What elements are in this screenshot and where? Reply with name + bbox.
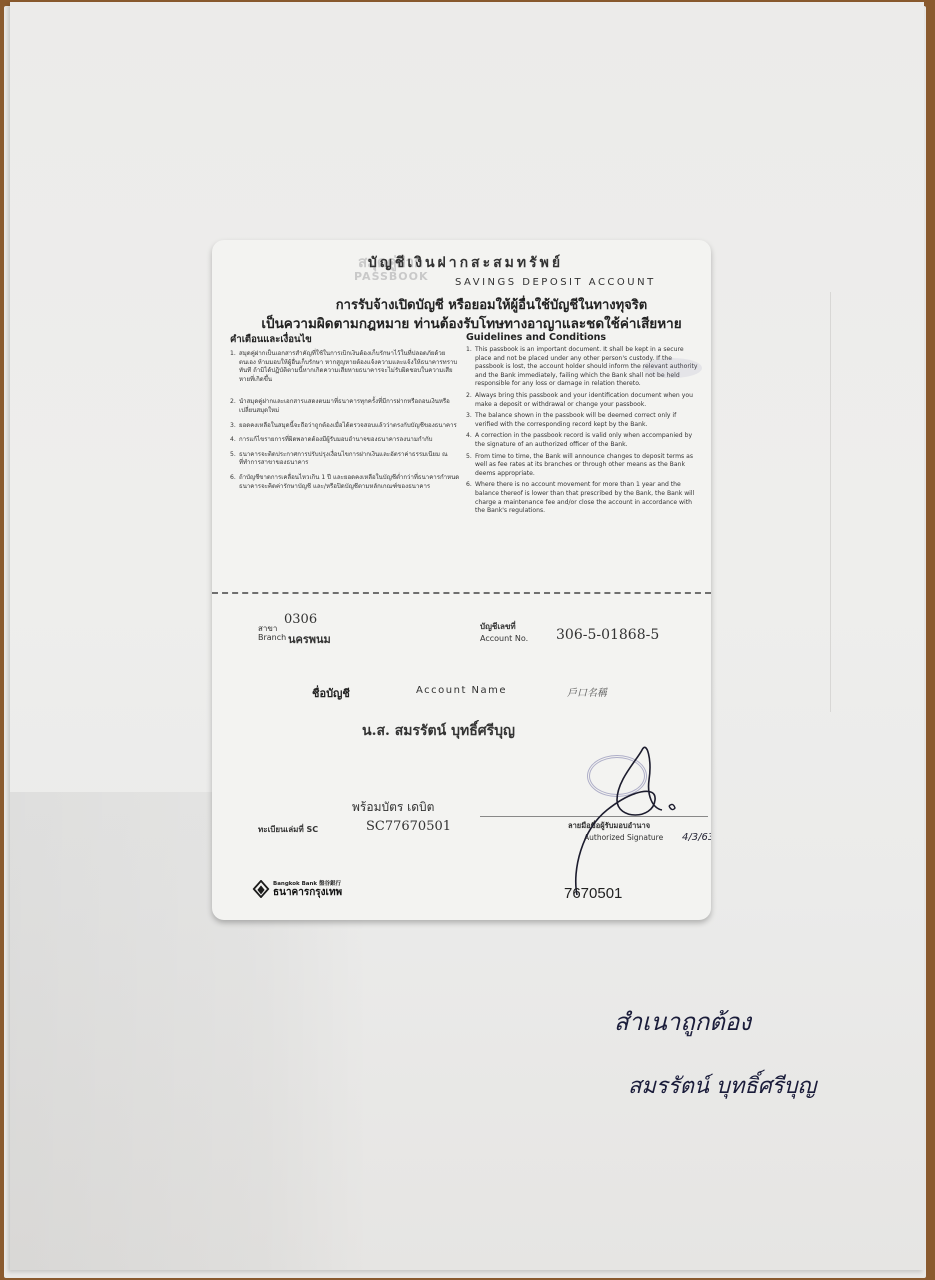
account-additional-info: พร้อมบัตร เดบิต <box>352 798 434 817</box>
serial-number: 7670501 <box>564 885 622 902</box>
account-name-label-th: ชื่อบัญชี <box>312 684 350 702</box>
passbook-conditions-page: สมุดคู่ฝาก PASSBOOK บัญชีเงินฝากสะสมทรัพ… <box>212 240 711 592</box>
condition-en-item: 2.Always bring this passbook and your id… <box>466 392 701 409</box>
officer-signature-icon <box>557 740 697 900</box>
title-en: SAVINGS DEPOSIT ACCOUNT <box>455 277 656 288</box>
account-name-label-cn: 戶口名稱 <box>567 684 607 699</box>
account-number: 306-5-01868-5 <box>556 627 659 643</box>
signature-date: 4/3/63 <box>682 832 711 843</box>
ink-smudge <box>642 358 702 378</box>
conditions-th-heading: คำเตือนและเงื่อนไข <box>230 332 460 347</box>
title-th: บัญชีเงินฝากสะสมทรัพย์ <box>368 252 563 274</box>
handwritten-signature-name: สมรรัตน์ บุทธิ์ศรีบุญ <box>628 1068 816 1103</box>
register-label: ทะเบียนเล่มที่ SC <box>258 823 318 836</box>
condition-th-item: 1.สมุดคู่ฝากเป็นเอกสารสำคัญที่ใช้ในการเบ… <box>230 350 460 384</box>
conditions-th: คำเตือนและเงื่อนไข 1.สมุดคู่ฝากเป็นเอกสา… <box>230 332 460 497</box>
condition-th-item: 6.ถ้าบัญชีขาดการเคลื่อนไหวเกิน 1 ปี และย… <box>230 474 460 491</box>
account-no-label-en: Account No. <box>480 634 528 643</box>
page-fold-divider <box>212 592 711 594</box>
branch-label-en: Branch <box>258 633 286 642</box>
lotus-logo-icon <box>252 880 270 898</box>
condition-en-item: 3.The balance shown in the passbook will… <box>466 412 701 429</box>
register-number: SC77670501 <box>366 819 451 834</box>
branch-code: 0306 <box>284 612 317 627</box>
condition-en-item: 6.Where there is no account movement for… <box>466 481 701 515</box>
warning-line-2: เป็นความผิดตามกฎหมาย ท่านต้องรับโทษทางอา… <box>222 312 711 334</box>
passbook-copy: สมุดคู่ฝาก PASSBOOK บัญชีเงินฝากสะสมทรัพ… <box>212 240 711 920</box>
bank-name-th: ธนาคารกรุงเทพ <box>273 888 342 898</box>
bangkok-bank-logo: Bangkok Bank 盤谷銀行 ธนาคารกรุงเทพ <box>252 880 342 898</box>
account-name-label-en: Account Name <box>416 685 507 696</box>
account-no-label-th: บัญชีเลขที่ <box>480 620 516 633</box>
page-edge-line <box>830 292 831 712</box>
condition-en-item: 5.From time to time, the Bank will annou… <box>466 453 701 479</box>
handwritten-certification: สำเนาถูกต้อง <box>614 1002 751 1041</box>
condition-th-item: 5.ธนาคารจะติดประกาศการปรับปรุงเงื่อนไขกา… <box>230 451 460 468</box>
condition-th-item: 2.นำสมุดคู่ฝากและเอกสารแสดงตนมาที่ธนาคาร… <box>230 398 460 415</box>
branch-name: นครพนม <box>288 630 331 648</box>
condition-th-item: 3.ยอดคงเหลือในสมุดนี้จะถือว่าถูกต้องเมื่… <box>230 422 460 431</box>
condition-en-item: 4.A correction in the passbook record is… <box>466 432 701 449</box>
condition-th-item: 4.การแก้ไขรายการที่ผิดพลาดต้องมีผู้รับมอ… <box>230 436 460 445</box>
conditions-en-heading: Guidelines and Conditions <box>466 332 701 343</box>
account-holder-name: น.ส. สมรรัตน์ บุทธิ์ศรีบุญ <box>362 720 515 742</box>
